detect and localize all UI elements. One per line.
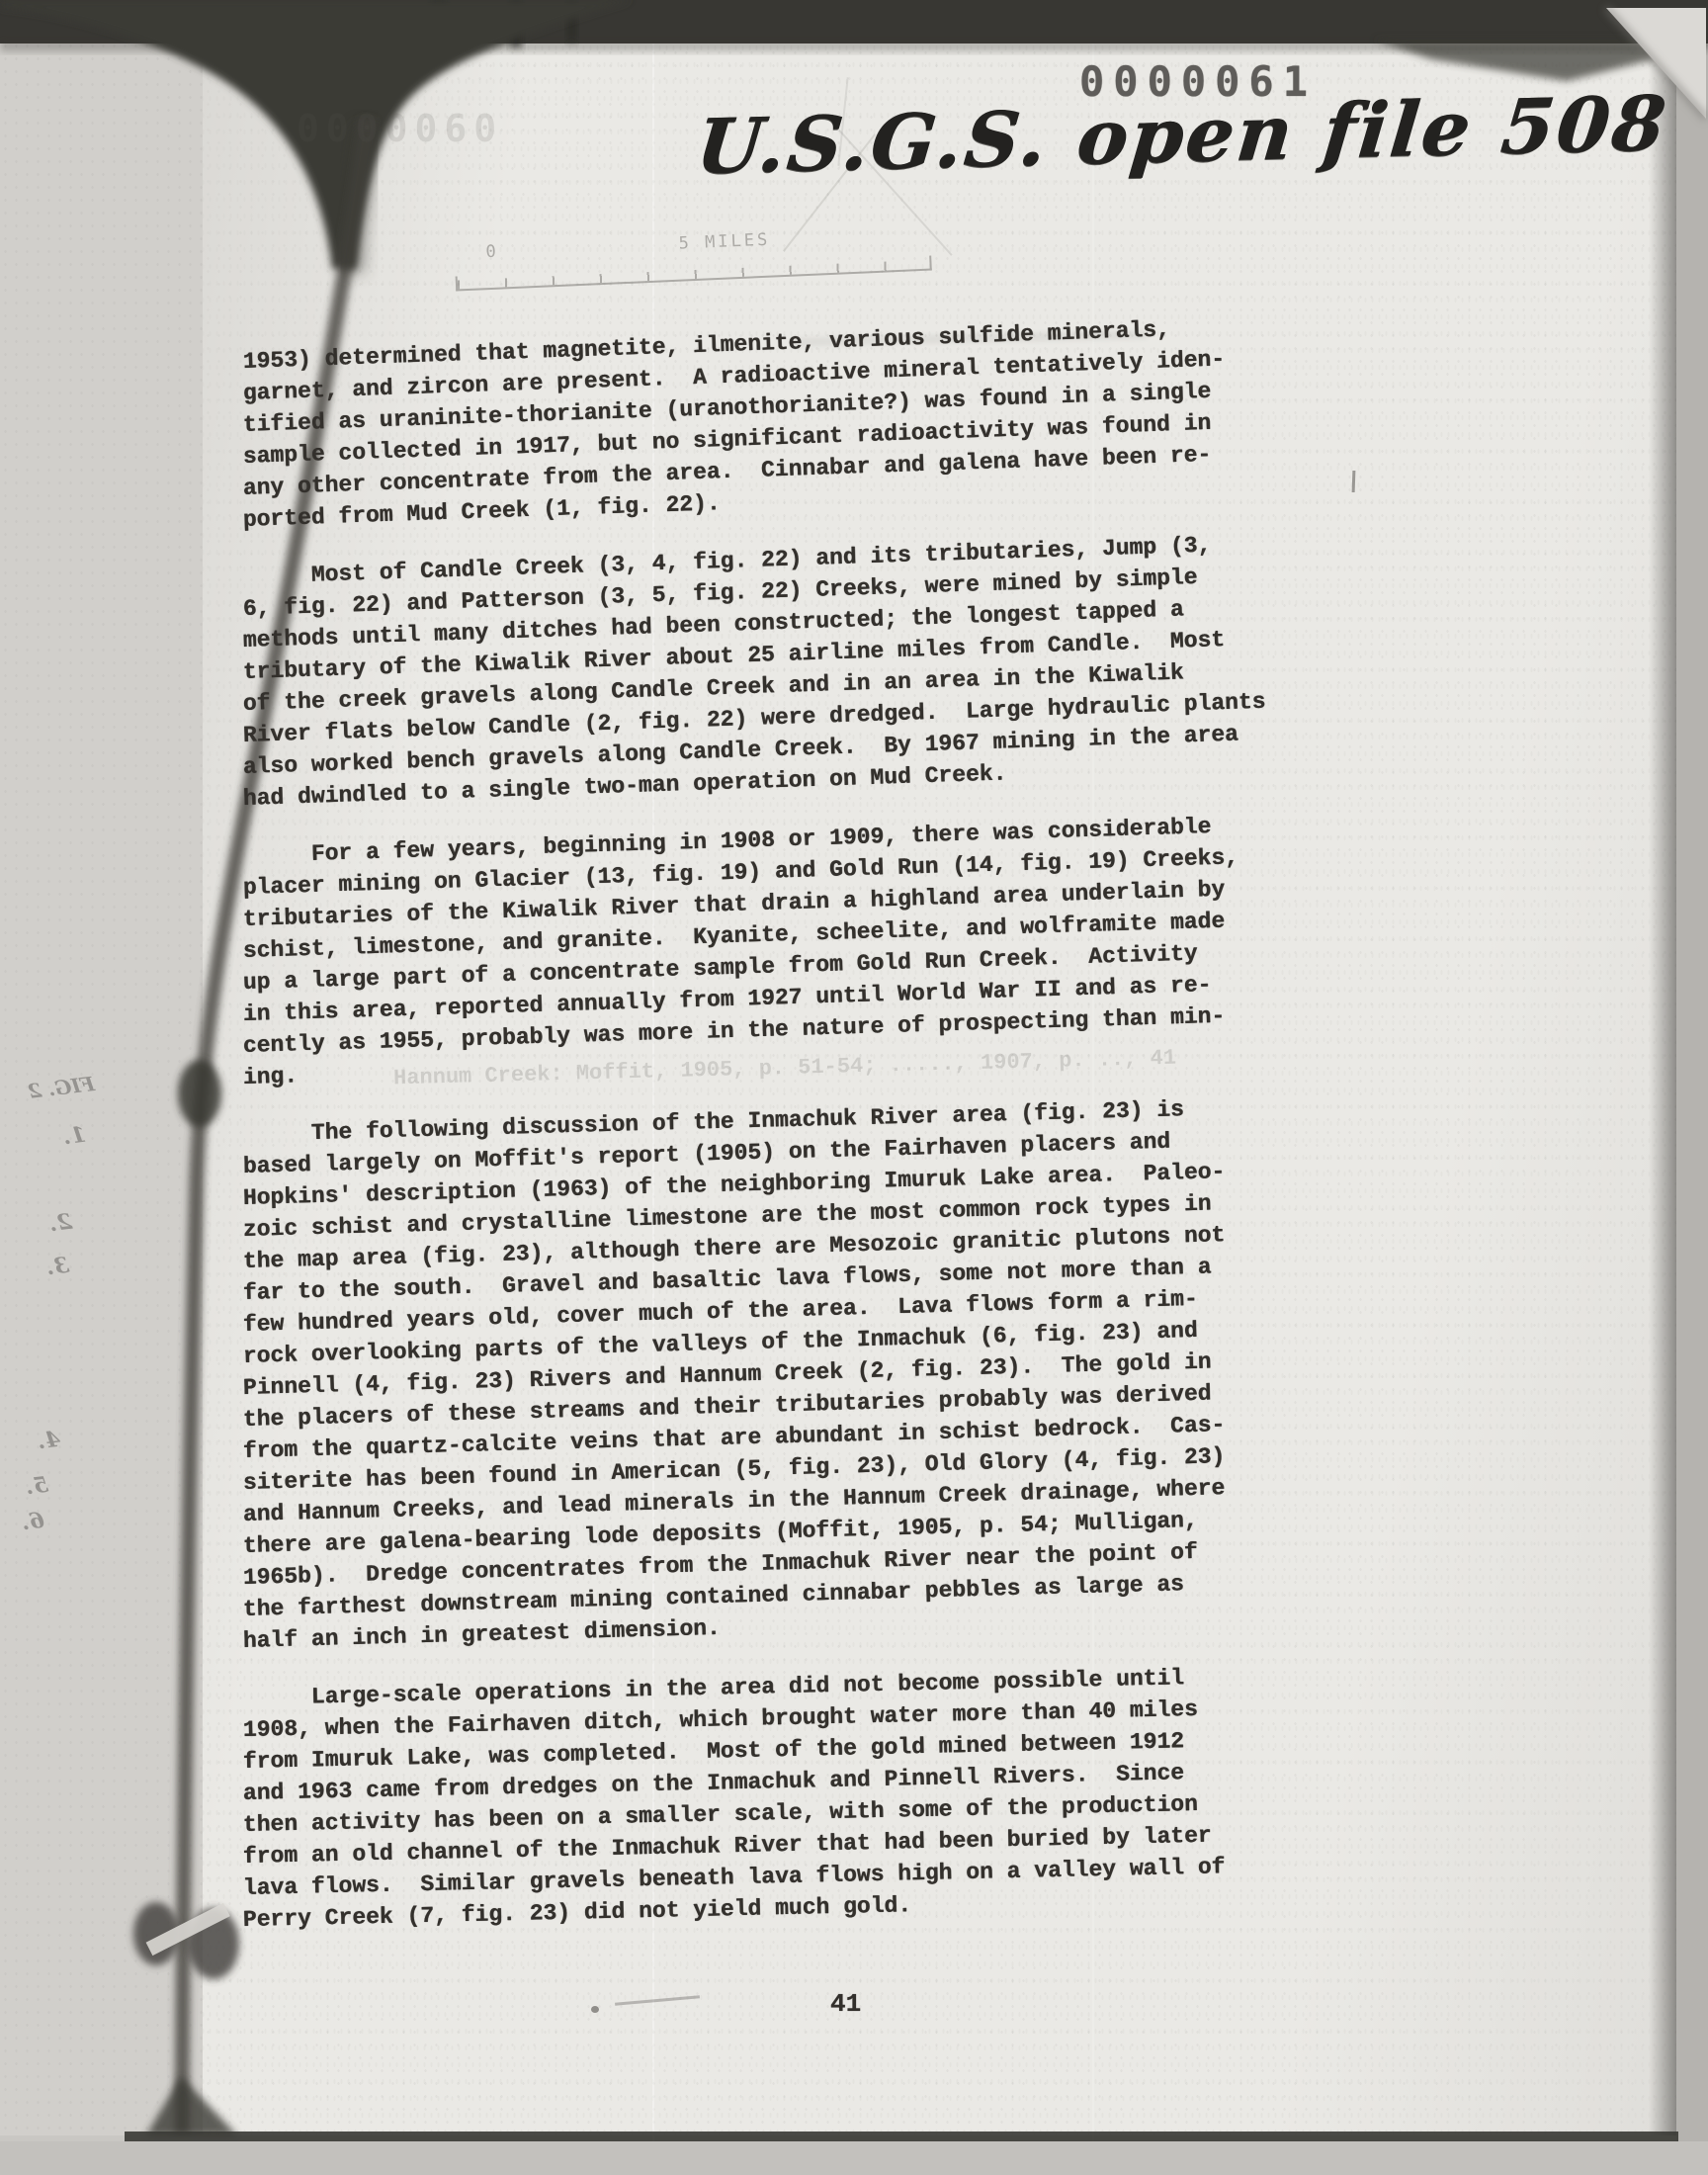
page-number: 41 <box>830 1989 861 2019</box>
typed-paragraph: Most of Candle Creek (3, 4, fig. 22) and… <box>243 562 1350 815</box>
bleedthrough-number: 4. <box>37 1427 62 1455</box>
bleedthrough-number: 1. <box>62 1122 88 1151</box>
bleedthrough-number: 6. <box>21 1508 46 1536</box>
scale-zero-label: 0 <box>485 242 496 262</box>
ghost-stamp: 0000060 <box>297 107 503 150</box>
right-background <box>1676 0 1708 2175</box>
scale-miles-label: 5 MILES <box>678 230 770 254</box>
bleedthrough-number: 3. <box>45 1253 71 1281</box>
typed-text-block: 1953) determined that magnetite, ilmenit… <box>243 346 1350 1961</box>
bleedthrough-number: 5. <box>25 1472 50 1501</box>
typed-paragraph: The following discussion of the Inmachuk… <box>243 1119 1350 1657</box>
stray-mark <box>591 2006 599 2013</box>
scanned-document-page: FIG. 2 1. 2. 3. 4. 5. 6. 0000060 0000061… <box>0 0 1708 2175</box>
typed-paragraph: 1953) determined that magnetite, ilmenit… <box>243 346 1350 536</box>
bleedthrough-number: 2. <box>48 1209 74 1238</box>
typed-paragraph: Large-scale operations in the area did n… <box>243 1683 1350 1936</box>
